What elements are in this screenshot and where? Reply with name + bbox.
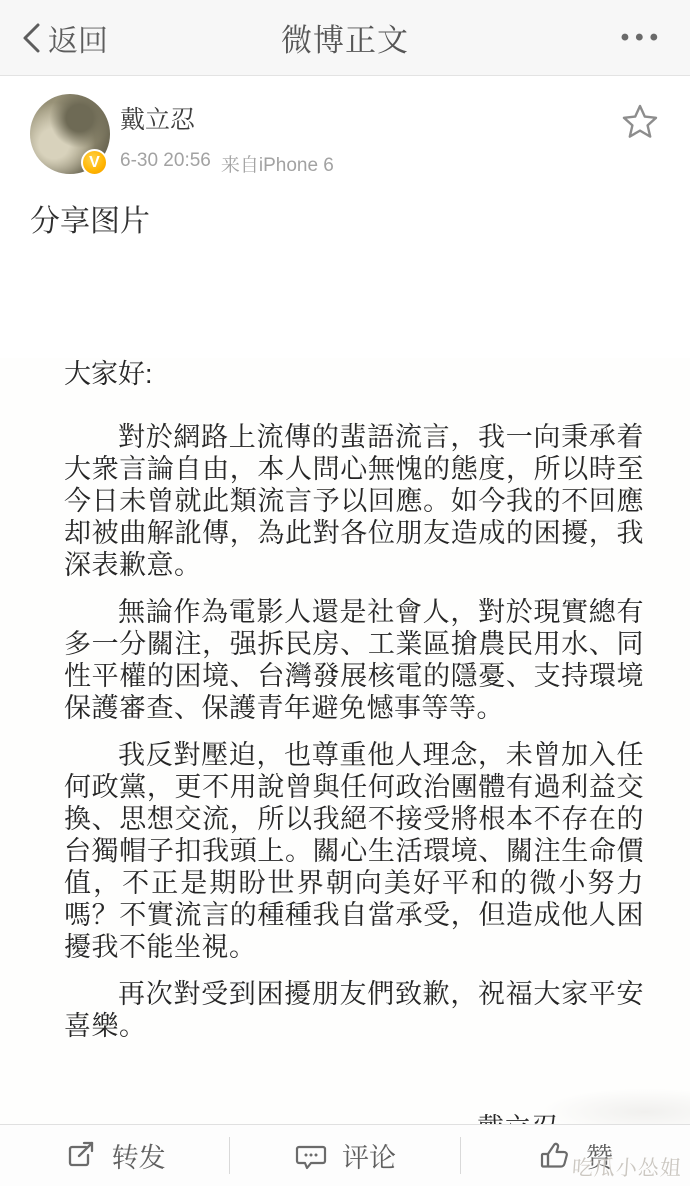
- comment-button[interactable]: 评论: [230, 1125, 459, 1186]
- letter-paragraph: 無論作為電影人還是社會人，對於現實總有多一分關注，强拆民房、工業區搶農民用水、同…: [64, 596, 644, 724]
- verified-badge-icon: V: [81, 149, 108, 176]
- repost-button[interactable]: 转发: [0, 1125, 229, 1186]
- favorite-button[interactable]: [618, 100, 662, 149]
- letter-paragraph: 對於網路上流傳的蜚語流言，我一向秉承着大衆言論自由，本人問心無愧的態度，所以時至…: [64, 421, 644, 581]
- avatar[interactable]: V: [30, 94, 110, 178]
- navbar: 返回 微博正文 •••: [0, 0, 690, 76]
- like-label: 赞: [586, 1136, 613, 1175]
- post-content: 分享图片: [30, 196, 660, 240]
- repost-label: 转发: [112, 1136, 166, 1175]
- comment-icon: [294, 1139, 328, 1173]
- star-icon: [618, 131, 662, 148]
- comment-label: 评论: [342, 1136, 396, 1175]
- ellipsis-icon: •••: [621, 24, 664, 51]
- post-timestamp: 6-30 20:56: [120, 150, 211, 177]
- page-title: 微博正文: [281, 15, 409, 60]
- chevron-left-icon: [18, 21, 44, 55]
- back-label: 返回: [48, 16, 108, 60]
- letter-paragraph: 我反對壓迫，也尊重他人理念，未曾加入任何政黨，更不用說曾與任何政治團體有過利益交…: [64, 739, 644, 963]
- repost-icon: [64, 1139, 98, 1173]
- thumbs-up-icon: [538, 1139, 572, 1173]
- back-button[interactable]: 返回: [0, 16, 108, 60]
- post-source: 来自iPhone 6: [221, 150, 334, 177]
- like-button[interactable]: 赞: [461, 1125, 690, 1186]
- author-name[interactable]: 戴立忍: [120, 100, 334, 136]
- letter-salutation: 大家好:: [64, 358, 644, 390]
- action-bar: 转发 评论 赞: [0, 1124, 690, 1186]
- author-block: 戴立忍 6-30 20:56 来自iPhone 6: [120, 100, 334, 177]
- post-header: V 戴立忍 6-30 20:56 来自iPhone 6: [30, 94, 664, 180]
- post-meta: 6-30 20:56 来自iPhone 6: [120, 150, 334, 177]
- letter-image[interactable]: 大家好: 對於網路上流傳的蜚語流言，我一向秉承着大衆言論自由，本人問心無愧的態度…: [0, 358, 690, 1186]
- letter-paragraph: 再次對受到困擾朋友們致歉，祝福大家平安喜樂。: [64, 978, 644, 1042]
- more-button[interactable]: •••: [621, 24, 690, 52]
